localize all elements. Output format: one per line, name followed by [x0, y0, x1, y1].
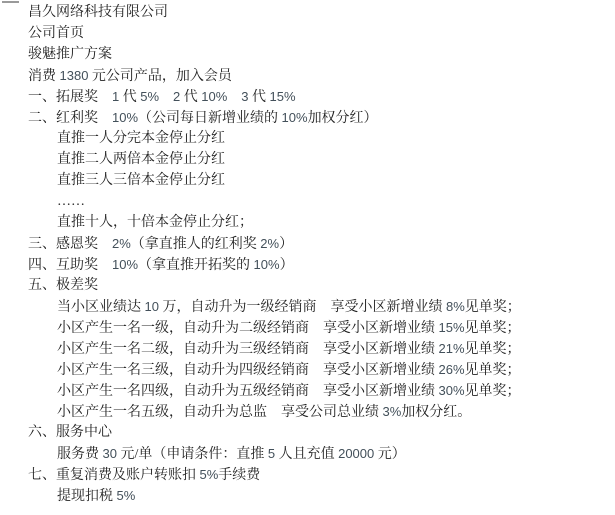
- text-line: 小区产生一名五级，自动升为总监 享受公司总业绩 3%加权分红。: [28, 401, 611, 422]
- numeral: 10%: [282, 110, 308, 125]
- numeral: 2%: [112, 236, 131, 251]
- text-line: ……: [28, 191, 611, 212]
- numeral: 21%: [439, 341, 465, 356]
- document-page: 昌久网络科技有限公司公司首页骏魅推广方案消费 1380 元公司产品，加入会员一、…: [0, 0, 615, 515]
- text-line: 六、服务中心: [28, 422, 611, 443]
- text-line: 三、感恩奖 2%（拿直推人的红利奖 2%）: [28, 233, 611, 254]
- numeral: 3%: [383, 404, 402, 419]
- text-line: 昌久网络科技有限公司: [28, 2, 611, 23]
- text-line: 小区产生一名二级，自动升为三级经销商 享受小区新增业绩 21%见单奖；: [28, 338, 611, 359]
- numeral: 15%: [439, 320, 465, 335]
- numeral: 26%: [439, 362, 465, 377]
- numeral: 15%: [270, 89, 296, 104]
- text-line: 当小区业绩达 10 万，自动升为一级经销商 享受小区新增业绩 8%见单奖；: [28, 296, 611, 317]
- numeral: 5%: [140, 89, 159, 104]
- numeral: 2: [173, 89, 180, 104]
- numeral: 5%: [117, 488, 136, 503]
- numeral: 5: [268, 446, 275, 461]
- document-body: 昌久网络科技有限公司公司首页骏魅推广方案消费 1380 元公司产品，加入会员一、…: [0, 0, 615, 506]
- numeral: 10%: [112, 257, 138, 272]
- text-line: 一、拓展奖 1 代 5% 2 代 10% 3 代 15%: [28, 86, 611, 107]
- numeral: 30%: [439, 383, 465, 398]
- numeral: 1380: [60, 68, 89, 83]
- top-left-border-fragment: [2, 1, 19, 3]
- text-line: 四、互助奖 10%（拿直推开拓奖的 10%）: [28, 254, 611, 275]
- text-line: 骏魅推广方案: [28, 44, 611, 65]
- text-line: 小区产生一名一级，自动升为二级经销商 享受小区新增业绩 15%见单奖；: [28, 317, 611, 338]
- text-line: 直推一人分完本金停止分红: [28, 128, 611, 149]
- text-line: 直推二人两倍本金停止分红: [28, 149, 611, 170]
- numeral: 2%: [260, 236, 279, 251]
- text-line: 公司首页: [28, 23, 611, 44]
- numeral: 3: [241, 89, 248, 104]
- text-line: 小区产生一名三级，自动升为四级经销商 享受小区新增业绩 26%见单奖；: [28, 359, 611, 380]
- text-line: 提现扣税 5%: [28, 485, 611, 506]
- numeral: 10%: [201, 89, 227, 104]
- numeral: 10%: [254, 257, 280, 272]
- text-line: 五、极差奖: [28, 275, 611, 296]
- text-line: 服务费 30 元/单（申请条件：直推 5 人且充值 20000 元）: [28, 443, 611, 464]
- numeral: 10%: [112, 110, 138, 125]
- text-line: 直推十人，十倍本金停止分红；: [28, 212, 611, 233]
- numeral: 8%: [446, 299, 465, 314]
- text-line: 直推三人三倍本金停止分红: [28, 170, 611, 191]
- numeral: 1: [112, 89, 119, 104]
- numeral: 10: [145, 299, 159, 314]
- numeral: 30: [103, 446, 117, 461]
- numeral: 5%: [200, 467, 219, 482]
- text-line: 消费 1380 元公司产品，加入会员: [28, 65, 611, 86]
- numeral: 20000: [338, 446, 374, 461]
- text-line: 七、重复消费及账户转账扣 5%手续费: [28, 464, 611, 485]
- text-line: 小区产生一名四级，自动升为五级经销商 享受小区新增业绩 30%见单奖；: [28, 380, 611, 401]
- text-line: 二、红利奖 10%（公司每日新增业绩的 10%加权分红）: [28, 107, 611, 128]
